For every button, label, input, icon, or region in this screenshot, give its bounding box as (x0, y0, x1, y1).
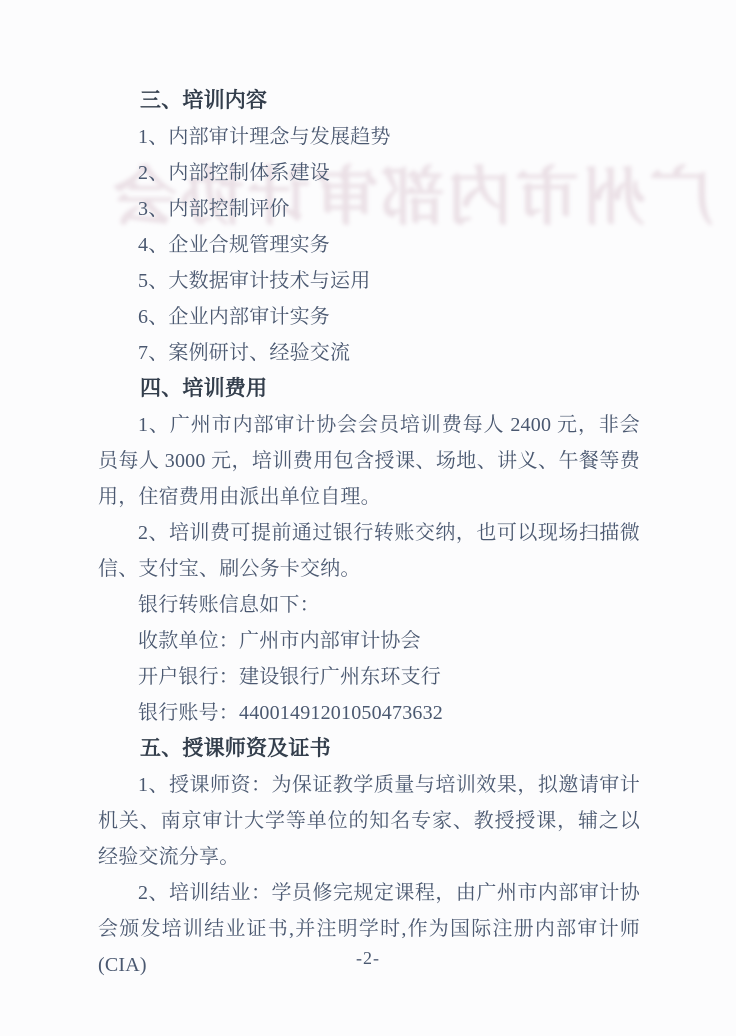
training-topic-2: 2、内部控制体系建设 (98, 155, 640, 191)
page-number: -2- (0, 948, 736, 969)
bank-name-line: 开户银行：建设银行广州东环支行 (98, 659, 640, 695)
document-page: 广州市内部审计协会 三、培训内容1、内部审计理念与发展趋势2、内部控制体系建设3… (0, 0, 736, 1036)
training-topic-7: 7、案例研讨、经验交流 (98, 335, 640, 371)
section-3-heading: 三、培训内容 (98, 83, 640, 119)
training-topic-6: 6、企业内部审计实务 (98, 299, 640, 335)
document-body: 三、培训内容1、内部审计理念与发展趋势2、内部控制体系建设3、内部控制评价4、企… (98, 83, 640, 983)
section-5-heading: 五、授课师资及证书 (98, 731, 640, 767)
training-topic-4: 4、企业合规管理实务 (98, 227, 640, 263)
fee-paragraph-2: 2、培训费可提前通过银行转账交纳，也可以现场扫描微信、支付宝、刷公务卡交纳。 (98, 515, 640, 587)
section-4-heading: 四、培训费用 (98, 371, 640, 407)
training-topic-1: 1、内部审计理念与发展趋势 (98, 119, 640, 155)
training-topic-5: 5、大数据审计技术与运用 (98, 263, 640, 299)
payee-name-line: 收款单位：广州市内部审计协会 (98, 623, 640, 659)
bank-account-line: 银行账号：44001491201050473632 (98, 695, 640, 731)
fee-paragraph-1: 1、广州市内部审计协会会员培训费每人 2400 元，非会员每人 3000 元，培… (98, 407, 640, 515)
bank-transfer-intro: 银行转账信息如下： (98, 587, 640, 623)
training-topic-3: 3、内部控制评价 (98, 191, 640, 227)
faculty-paragraph: 1、授课师资：为保证教学质量与培训效果，拟邀请审计机关、南京审计大学等单位的知名… (98, 767, 640, 875)
